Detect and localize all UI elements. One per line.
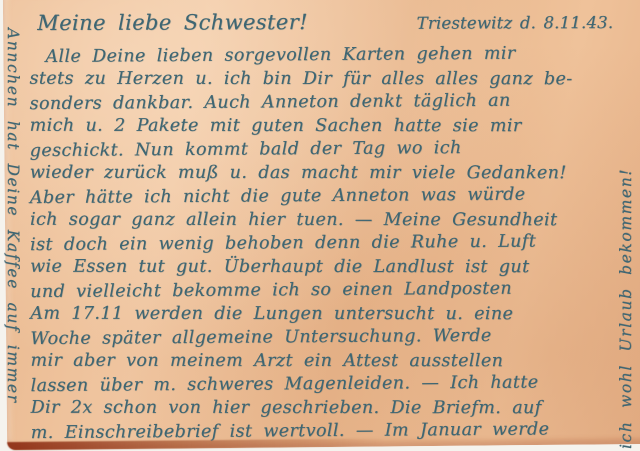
letter-line: stets zu Herzen u. ich bin Dir für alles… (29, 67, 627, 91)
letter-line: wieder zurück muß u. das macht mir viele… (30, 161, 628, 185)
letter-line: Alle Deine lieben sorgevollen Karten geh… (29, 42, 627, 70)
letter-line: Am 17.11 werden die Lungen untersucht u.… (30, 302, 628, 326)
letter-line: sonders dankbar. Auch Anneton denkt tägl… (29, 89, 627, 117)
letter-line: Dir 2x schon von hier geschrieben. Die B… (31, 396, 629, 420)
letter-line: mich u. 2 Pakete mit guten Sachen hatte … (30, 114, 628, 138)
letter-line: lassen über m. schweres Magenleiden. — I… (30, 371, 628, 399)
letter-line: geschickt. Nun kommt bald der Tag wo ich (30, 136, 628, 164)
letter-line: und vielleicht bekomme ich so einen Land… (30, 277, 628, 305)
letter-line: Woche später allgemeine Untersuchung. We… (30, 324, 628, 352)
letter-line: wie Essen tut gut. Überhaupt die Landlus… (30, 255, 628, 279)
letter-line: mir aber von meinem Arzt ein Attest auss… (30, 349, 628, 373)
greeting: Meine liebe Schwester! (37, 10, 308, 35)
letter-heading: Meine liebe Schwester! Triestewitz d. 8.… (29, 9, 627, 45)
dateline: Triestewitz d. 8.11.43. (417, 13, 628, 33)
margin-note-right: ich wohl Urlaub bekommen! (617, 168, 635, 449)
letter-line: ich sogar ganz allein hier tuen. — Meine… (30, 208, 628, 232)
letter-text: Meine liebe Schwester! Triestewitz d. 8.… (29, 9, 629, 445)
scan-background: Meine liebe Schwester! Triestewitz d. 8.… (0, 0, 640, 451)
letter-line: ist doch ein wenig behoben denn die Ruhe… (30, 230, 628, 258)
margin-note-left: Annchen hat Deine Kaffee auf immer (4, 28, 22, 404)
letter-line: m. Einschreibebrief ist wertvoll. — Im J… (31, 418, 629, 446)
letter-line: Aber hätte ich nicht die gute Anneton wa… (30, 183, 628, 211)
